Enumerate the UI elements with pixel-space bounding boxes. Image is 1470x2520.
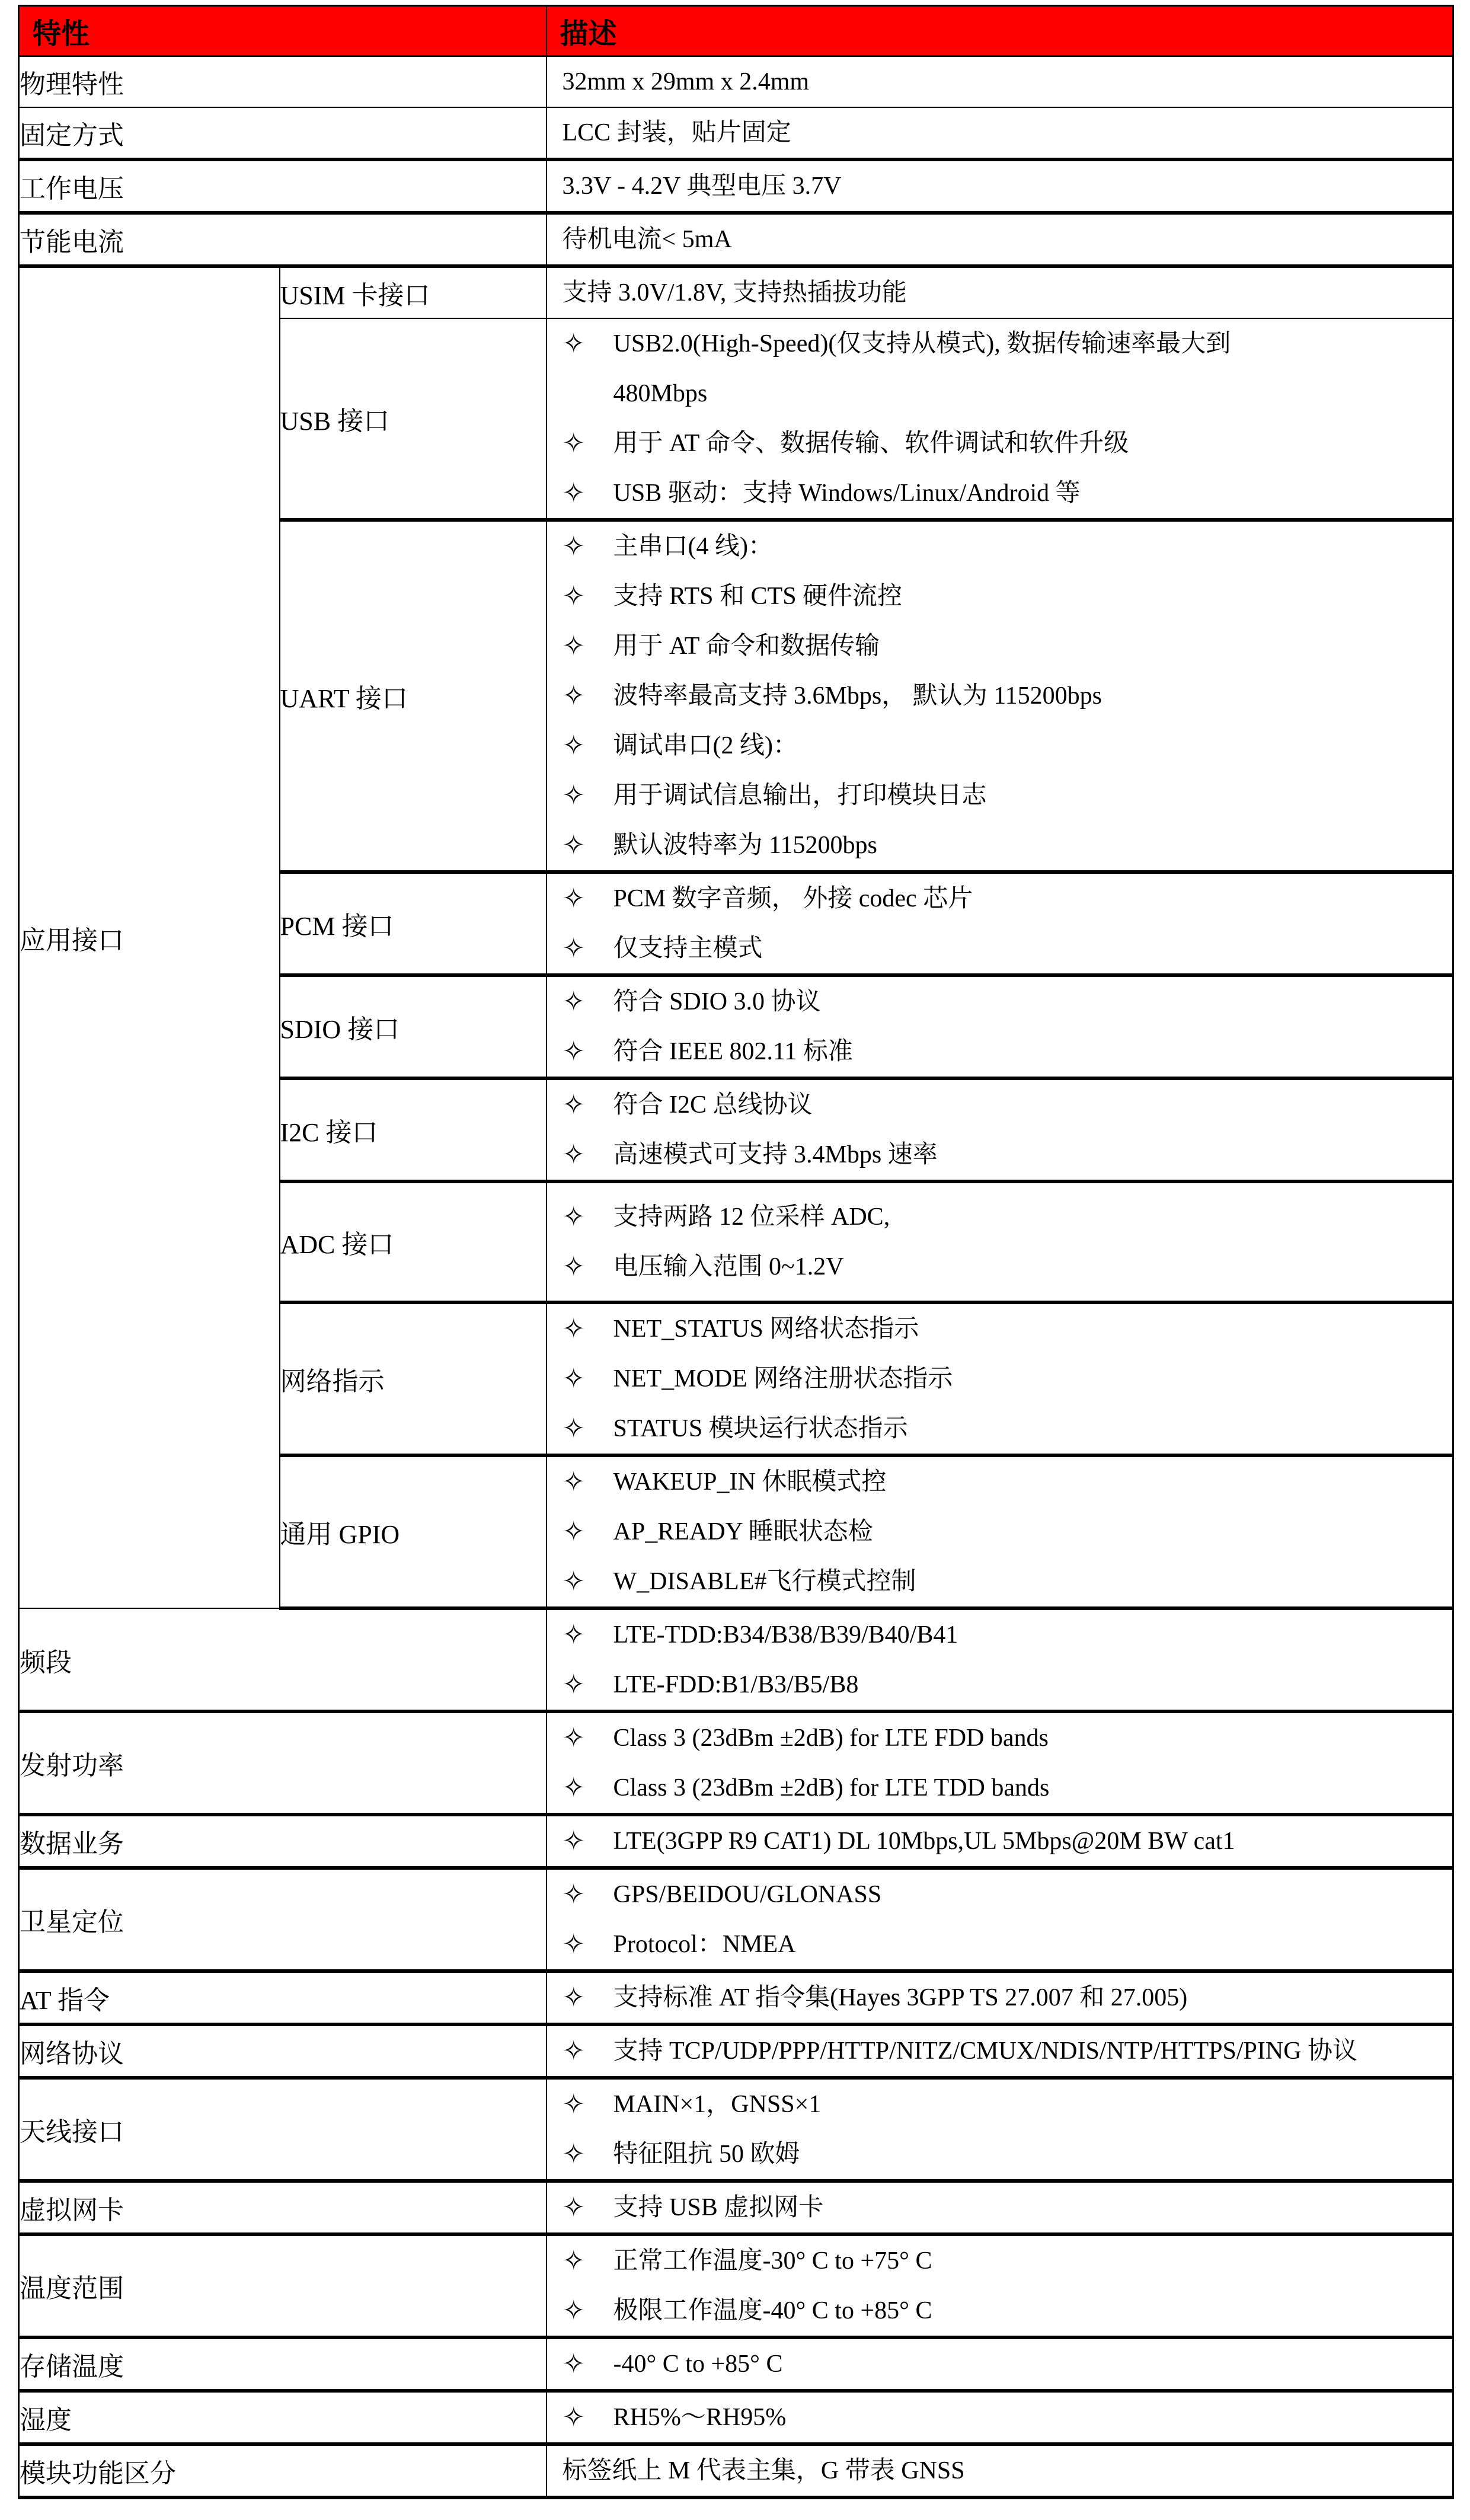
description-cell: ✧WAKEUP_IN 休眠模式控✧AP_READY 睡眠状态检✧W_DISABL… xyxy=(547,1455,1453,1608)
description-line: ✧仅支持主模式 xyxy=(547,924,1453,973)
diamond-bullet-icon: ✧ xyxy=(563,874,586,924)
diamond-bullet-icon: ✧ xyxy=(563,419,586,468)
description-cell: ✧NET_STATUS 网络状态指示✧NET_MODE 网络注册状态指示✧STA… xyxy=(547,1302,1453,1455)
description-cell: ✧主串口(4 线)：✧支持 RTS 和 CTS 硬件流控✧用于 AT 命令和数据… xyxy=(547,520,1453,872)
description-line: ✧Class 3 (23dBm ±2dB) for LTE FDD bands xyxy=(547,1713,1453,1763)
description-text: 调试串口(2 线)： xyxy=(613,732,798,759)
description-line: ✧极限工作温度-40° C to +85° C xyxy=(547,2286,1453,2336)
interface-label-cell: UART 接口 xyxy=(280,520,547,872)
description-line: 待机电流< 5mA xyxy=(547,215,1453,264)
feature-cell: 湿度 xyxy=(19,2391,547,2444)
description-line: ✧USB2.0(High-Speed)(仅支持从模式), 数据传输速率最大到 xyxy=(547,319,1453,369)
description-line: ✧MAIN×1，GNSS×1 xyxy=(547,2080,1453,2129)
description-cell: ✧PCM 数字音频， 外接 codec 芯片✧仅支持主模式 xyxy=(547,872,1453,975)
description-cell: ✧-40° C to +85° C xyxy=(547,2337,1453,2391)
diamond-bullet-icon: ✧ xyxy=(563,2339,586,2389)
feature-row: 卫星定位✧GPS/BEIDOU/GLONASS✧Protocol：NMEA xyxy=(19,1868,1453,1971)
description-line: ✧NET_MODE 网络注册状态指示 xyxy=(547,1354,1453,1404)
diamond-bullet-icon: ✧ xyxy=(563,1816,586,1866)
description-text: USB 驱动：支持 Windows/Linux/Android 等 xyxy=(613,480,1081,507)
description-line: ✧-40° C to +85° C xyxy=(547,2339,1453,2389)
description-text: 支持标准 AT 指令集(Hayes 3GPP TS 27.007 和 27.00… xyxy=(613,1984,1188,2011)
feature-cell: 固定方式 xyxy=(19,107,547,159)
diamond-bullet-icon: ✧ xyxy=(563,1507,586,1557)
description-text: 支持两路 12 位采样 ADC, xyxy=(613,1203,890,1231)
feature-cell: 频段 xyxy=(19,1608,547,1711)
diamond-bullet-icon: ✧ xyxy=(563,522,586,571)
description-text: MAIN×1，GNSS×1 xyxy=(613,2091,822,2118)
description-text: 极限工作温度-40° C to +85° C xyxy=(613,2297,932,2324)
description-text: 支持 USB 虚拟网卡 xyxy=(613,2194,824,2221)
feature-row: AT 指令✧支持标准 AT 指令集(Hayes 3GPP TS 27.007 和… xyxy=(19,1971,1453,2024)
description-line: ✧Class 3 (23dBm ±2dB) for LTE TDD bands xyxy=(547,1763,1453,1813)
description-text: LTE(3GPP R9 CAT1) DL 10Mbps,UL 5Mbps@20M… xyxy=(613,1828,1235,1855)
feature-cell: 模块功能区分 xyxy=(19,2444,547,2497)
description-cell: 标签纸上 M 代表主集，G 带表 GNSS xyxy=(547,2444,1453,2497)
diamond-bullet-icon: ✧ xyxy=(563,721,586,771)
description-line: LCC 封装，贴片固定 xyxy=(547,108,1453,158)
diamond-bullet-icon: ✧ xyxy=(563,820,586,870)
diamond-bullet-icon: ✧ xyxy=(563,1130,586,1180)
description-line: ✧主串口(4 线)： xyxy=(547,522,1453,571)
diamond-bullet-icon: ✧ xyxy=(563,1027,586,1077)
feature-cell: 存储温度 xyxy=(19,2337,547,2391)
description-line: ✧调试串口(2 线)： xyxy=(547,721,1453,771)
description-line: ✧支持两路 12 位采样 ADC, xyxy=(547,1192,1453,1242)
description-text: NET_MODE 网络注册状态指示 xyxy=(613,1365,953,1392)
description-text: 电压输入范围 0~1.2V xyxy=(613,1253,844,1280)
description-text: 仅支持主模式 xyxy=(613,935,763,962)
feature-row: 节能电流待机电流< 5mA xyxy=(19,213,1453,266)
diamond-bullet-icon: ✧ xyxy=(563,1304,586,1354)
description-text: 符合 SDIO 3.0 协议 xyxy=(613,988,821,1015)
feature-row: 发射功率✧Class 3 (23dBm ±2dB) for LTE FDD ba… xyxy=(19,1711,1453,1815)
description-line: ✧STATUS 模块运行状态指示 xyxy=(547,1404,1453,1454)
diamond-bullet-icon: ✧ xyxy=(563,2183,586,2232)
description-cell: ✧支持标准 AT 指令集(Hayes 3GPP TS 27.007 和 27.0… xyxy=(547,1971,1453,2024)
description-line: 3.3V - 4.2V 典型电压 3.7V xyxy=(547,161,1453,211)
diamond-bullet-icon: ✧ xyxy=(563,771,586,820)
feature-cell: 卫星定位 xyxy=(19,1868,547,1971)
description-line: ✧WAKEUP_IN 休眠模式控 xyxy=(547,1457,1453,1507)
description-text: 符合 IEEE 802.11 标准 xyxy=(613,1038,853,1065)
feature-row: 物理特性32mm x 29mm x 2.4mm xyxy=(19,56,1453,108)
description-cell: ✧支持 USB 虚拟网卡 xyxy=(547,2181,1453,2234)
interface-subrow: 应用接口USIM 卡接口支持 3.0V/1.8V, 支持热插拔功能 xyxy=(19,266,1453,318)
description-cell: ✧RH5%～RH95% xyxy=(547,2391,1453,2444)
diamond-bullet-icon: ✧ xyxy=(563,621,586,671)
interface-label-cell: 通用 GPIO xyxy=(280,1455,547,1608)
description-text: 正常工作温度-30° C to +75° C xyxy=(613,2247,932,2275)
feature-row: 工作电压3.3V - 4.2V 典型电压 3.7V xyxy=(19,159,1453,213)
diamond-bullet-icon: ✧ xyxy=(563,1242,586,1292)
description-cell: ✧支持 TCP/UDP/PPP/HTTP/NITZ/CMUX/NDIS/NTP/… xyxy=(547,2024,1453,2078)
description-text: Class 3 (23dBm ±2dB) for LTE TDD bands xyxy=(613,1774,1050,1802)
interface-label-cell: I2C 接口 xyxy=(280,1078,547,1181)
interface-label-cell: ADC 接口 xyxy=(280,1181,547,1302)
diamond-bullet-icon: ✧ xyxy=(563,1919,586,1969)
feature-row: 天线接口✧MAIN×1，GNSS×1✧特征阻抗 50 欧姆 xyxy=(19,2078,1453,2181)
interface-label-cell: SDIO 接口 xyxy=(280,975,547,1078)
description-line: ✧Protocol：NMEA xyxy=(547,1919,1453,1969)
description-text: WAKEUP_IN 休眠模式控 xyxy=(613,1468,887,1496)
description-line: ✧符合 I2C 总线协议 xyxy=(547,1080,1453,1130)
description-line: ✧LTE-FDD:B1/B3/B5/B8 xyxy=(547,1660,1453,1710)
description-line: ✧GPS/BEIDOU/GLONASS xyxy=(547,1870,1453,1919)
feature-cell: 虚拟网卡 xyxy=(19,2181,547,2234)
diamond-bullet-icon: ✧ xyxy=(563,1713,586,1763)
description-text: 波特率最高支持 3.6Mbps， 默认为 115200bps xyxy=(613,682,1102,710)
diamond-bullet-icon: ✧ xyxy=(563,2080,586,2129)
diamond-bullet-icon: ✧ xyxy=(563,977,586,1027)
description-text: AP_READY 睡眠状态检 xyxy=(613,1518,873,1545)
header-feature: 特性 xyxy=(19,6,547,56)
feature-cell: 物理特性 xyxy=(19,56,547,108)
interface-label-cell: 网络指示 xyxy=(280,1302,547,1455)
feature-cell: 温度范围 xyxy=(19,2234,547,2337)
feature-row: 数据业务✧LTE(3GPP R9 CAT1) DL 10Mbps,UL 5Mbp… xyxy=(19,1815,1453,1868)
description-line: 标签纸上 M 代表主集，G 带表 GNSS xyxy=(547,2446,1453,2496)
diamond-bullet-icon: ✧ xyxy=(563,2129,586,2179)
description-text: Protocol：NMEA xyxy=(613,1931,796,1958)
description-text: 符合 I2C 总线协议 xyxy=(613,1091,813,1119)
feature-cell: 工作电压 xyxy=(19,159,547,213)
description-cell: ✧Class 3 (23dBm ±2dB) for LTE FDD bands✧… xyxy=(547,1711,1453,1815)
diamond-bullet-icon: ✧ xyxy=(563,671,586,721)
description-cell: 待机电流< 5mA xyxy=(547,213,1453,266)
description-text: 用于调试信息输出，打印模块日志 xyxy=(613,782,987,809)
description-cell: LCC 封装，贴片固定 xyxy=(547,107,1453,159)
spec-document: 特性 描述 物理特性32mm x 29mm x 2.4mm固定方式LCC 封装，… xyxy=(18,5,1454,2499)
diamond-bullet-icon: ✧ xyxy=(563,2393,586,2442)
diamond-bullet-icon: ✧ xyxy=(563,1610,586,1660)
diamond-bullet-icon: ✧ xyxy=(563,1404,586,1454)
description-text: 高速模式可支持 3.4Mbps 速率 xyxy=(613,1141,938,1168)
description-text: LTE-TDD:B34/B38/B39/B40/B41 xyxy=(613,1621,958,1649)
description-cell: 支持 3.0V/1.8V, 支持热插拔功能 xyxy=(547,266,1453,318)
feature-cell: 节能电流 xyxy=(19,213,547,266)
description-line: ✧LTE-TDD:B34/B38/B39/B40/B41 xyxy=(547,1610,1453,1660)
description-line: 32mm x 29mm x 2.4mm xyxy=(547,57,1453,107)
description-line: ✧支持标准 AT 指令集(Hayes 3GPP TS 27.007 和 27.0… xyxy=(547,1973,1453,2023)
feature-group-cell: 应用接口 xyxy=(19,266,280,1608)
diamond-bullet-icon: ✧ xyxy=(563,924,586,973)
description-text: Class 3 (23dBm ±2dB) for LTE FDD bands xyxy=(613,1724,1049,1752)
description-line: ✧电压输入范围 0~1.2V xyxy=(547,1242,1453,1292)
diamond-bullet-icon: ✧ xyxy=(563,1973,586,2023)
description-line: ✧PCM 数字音频， 外接 codec 芯片 xyxy=(547,874,1453,924)
feature-row: 虚拟网卡✧支持 USB 虚拟网卡 xyxy=(19,2181,1453,2234)
description-text: LTE-FDD:B1/B3/B5/B8 xyxy=(613,1671,859,1698)
feature-row: 固定方式LCC 封装，贴片固定 xyxy=(19,107,1453,159)
table-header-row: 特性 描述 xyxy=(19,6,1453,56)
description-cell: 3.3V - 4.2V 典型电压 3.7V xyxy=(547,159,1453,213)
diamond-bullet-icon: ✧ xyxy=(563,1192,586,1242)
description-cell: ✧LTE(3GPP R9 CAT1) DL 10Mbps,UL 5Mbps@20… xyxy=(547,1815,1453,1868)
description-line: ✧支持 RTS 和 CTS 硬件流控 xyxy=(547,571,1453,621)
diamond-bullet-icon: ✧ xyxy=(563,1354,586,1404)
description-text: GPS/BEIDOU/GLONASS xyxy=(613,1881,882,1908)
spec-table: 特性 描述 物理特性32mm x 29mm x 2.4mm固定方式LCC 封装，… xyxy=(18,5,1454,2499)
description-line: ✧LTE(3GPP R9 CAT1) DL 10Mbps,UL 5Mbps@20… xyxy=(547,1816,1453,1866)
diamond-bullet-icon: ✧ xyxy=(563,571,586,621)
feature-cell: AT 指令 xyxy=(19,1971,547,2024)
diamond-bullet-icon: ✧ xyxy=(563,1660,586,1710)
description-line: ✧W_DISABLE#飞行模式控制 xyxy=(547,1557,1453,1606)
diamond-bullet-icon: ✧ xyxy=(563,468,586,518)
description-cell: ✧GPS/BEIDOU/GLONASS✧Protocol：NMEA xyxy=(547,1868,1453,1971)
feature-row: 模块功能区分标签纸上 M 代表主集，G 带表 GNSS xyxy=(19,2444,1453,2497)
feature-row: 湿度✧RH5%～RH95% xyxy=(19,2391,1453,2444)
feature-row: 温度范围✧正常工作温度-30° C to +75° C✧极限工作温度-40° C… xyxy=(19,2234,1453,2337)
diamond-bullet-icon: ✧ xyxy=(563,1080,586,1130)
description-text: 支持 TCP/UDP/PPP/HTTP/NITZ/CMUX/NDIS/NTP/H… xyxy=(613,2037,1358,2065)
description-line: ✧支持 TCP/UDP/PPP/HTTP/NITZ/CMUX/NDIS/NTP/… xyxy=(547,2026,1453,2076)
diamond-bullet-icon: ✧ xyxy=(563,1557,586,1606)
description-line: ✧NET_STATUS 网络状态指示 xyxy=(547,1304,1453,1354)
diamond-bullet-icon: ✧ xyxy=(563,1457,586,1507)
description-line: ✧AP_READY 睡眠状态检 xyxy=(547,1507,1453,1557)
description-line: ✧特征阻抗 50 欧姆 xyxy=(547,2129,1453,2179)
description-text: RH5%～RH95% xyxy=(613,2404,787,2431)
description-cell: ✧LTE-TDD:B34/B38/B39/B40/B41✧LTE-FDD:B1/… xyxy=(547,1608,1453,1711)
interface-label-cell: USB 接口 xyxy=(280,318,547,520)
feature-cell: 数据业务 xyxy=(19,1815,547,1868)
description-text: 特征阻抗 50 欧姆 xyxy=(613,2141,800,2168)
description-text: 主串口(4 线)： xyxy=(613,533,773,560)
feature-row: 网络协议✧支持 TCP/UDP/PPP/HTTP/NITZ/CMUX/NDIS/… xyxy=(19,2024,1453,2078)
interface-label-cell: PCM 接口 xyxy=(280,872,547,975)
description-cell: ✧符合 SDIO 3.0 协议✧符合 IEEE 802.11 标准 xyxy=(547,975,1453,1078)
description-text: STATUS 模块运行状态指示 xyxy=(613,1415,908,1442)
diamond-bullet-icon: ✧ xyxy=(563,2026,586,2076)
description-line: ✧用于 AT 命令和数据传输 xyxy=(547,621,1453,671)
diamond-bullet-icon: ✧ xyxy=(563,1870,586,1919)
feature-row: 频段✧LTE-TDD:B34/B38/B39/B40/B41✧LTE-FDD:B… xyxy=(19,1608,1453,1711)
description-line: ✧RH5%～RH95% xyxy=(547,2393,1453,2442)
description-text: USB2.0(High-Speed)(仅支持从模式), 数据传输速率最大到 xyxy=(613,330,1231,357)
description-cell: ✧USB2.0(High-Speed)(仅支持从模式), 数据传输速率最大到48… xyxy=(547,318,1453,520)
description-line: 支持 3.0V/1.8V, 支持热插拔功能 xyxy=(547,268,1453,318)
diamond-bullet-icon: ✧ xyxy=(563,1763,586,1813)
feature-cell: 天线接口 xyxy=(19,2078,547,2181)
interface-label-cell: USIM 卡接口 xyxy=(280,266,547,318)
description-line: ✧支持 USB 虚拟网卡 xyxy=(547,2183,1453,2232)
feature-row: 存储温度✧-40° C to +85° C xyxy=(19,2337,1453,2391)
description-text: -40° C to +85° C xyxy=(613,2350,783,2378)
description-cell: ✧符合 I2C 总线协议✧高速模式可支持 3.4Mbps 速率 xyxy=(547,1078,1453,1181)
description-text: NET_STATUS 网络状态指示 xyxy=(613,1315,919,1343)
description-line: ✧默认波特率为 115200bps xyxy=(547,820,1453,870)
description-line: ✧波特率最高支持 3.6Mbps， 默认为 115200bps xyxy=(547,671,1453,721)
description-text: 默认波特率为 115200bps xyxy=(613,832,877,859)
description-line: ✧用于 AT 命令、数据传输、软件调试和软件升级 xyxy=(547,419,1453,468)
description-line: ✧正常工作温度-30° C to +75° C xyxy=(547,2236,1453,2286)
description-text: 用于 AT 命令和数据传输 xyxy=(613,633,880,660)
diamond-bullet-icon: ✧ xyxy=(563,2236,586,2286)
header-description: 描述 xyxy=(547,6,1453,56)
description-line: ✧符合 SDIO 3.0 协议 xyxy=(547,977,1453,1027)
description-text: W_DISABLE#飞行模式控制 xyxy=(613,1568,916,1595)
description-line: ✧USB 驱动：支持 Windows/Linux/Android 等 xyxy=(547,468,1453,518)
description-text: 支持 RTS 和 CTS 硬件流控 xyxy=(613,583,903,610)
diamond-bullet-icon: ✧ xyxy=(563,2286,586,2336)
description-line: 480Mbps xyxy=(547,369,1453,419)
description-cell: ✧正常工作温度-30° C to +75° C✧极限工作温度-40° C to … xyxy=(547,2234,1453,2337)
description-cell: ✧支持两路 12 位采样 ADC,✧电压输入范围 0~1.2V xyxy=(547,1181,1453,1302)
description-line: ✧高速模式可支持 3.4Mbps 速率 xyxy=(547,1130,1453,1180)
feature-cell: 网络协议 xyxy=(19,2024,547,2078)
diamond-bullet-icon: ✧ xyxy=(563,319,586,369)
description-line: ✧用于调试信息输出，打印模块日志 xyxy=(547,771,1453,820)
feature-cell: 发射功率 xyxy=(19,1711,547,1815)
description-cell: ✧MAIN×1，GNSS×1✧特征阻抗 50 欧姆 xyxy=(547,2078,1453,2181)
description-cell: 32mm x 29mm x 2.4mm xyxy=(547,56,1453,108)
description-text: 用于 AT 命令、数据传输、软件调试和软件升级 xyxy=(613,430,1129,457)
description-line: ✧符合 IEEE 802.11 标准 xyxy=(547,1027,1453,1077)
description-text: PCM 数字音频， 外接 codec 芯片 xyxy=(613,885,973,912)
